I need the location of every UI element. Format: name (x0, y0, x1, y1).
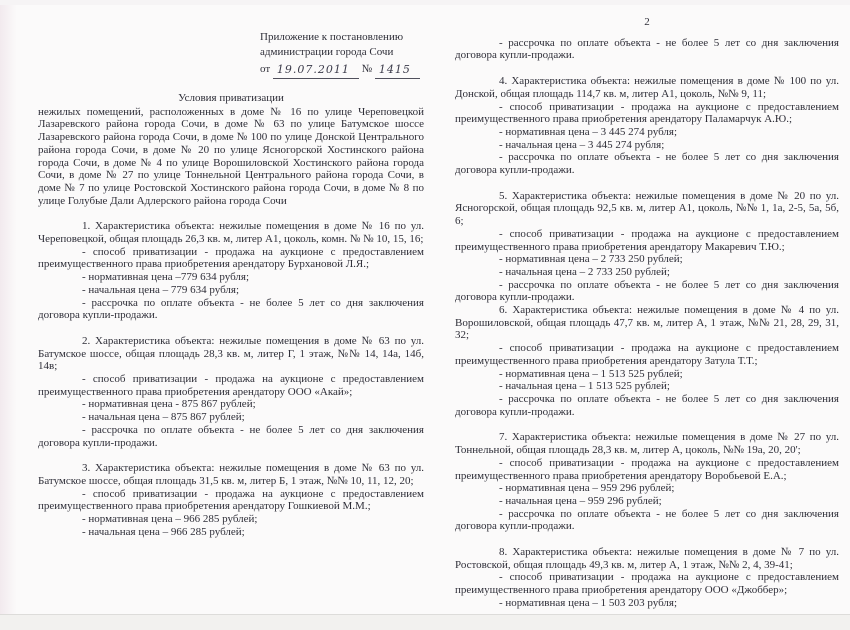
doc-paragraph: - способ приватизации - продажа на аукци… (455, 571, 839, 596)
doc-paragraph: 3. Характеристика объекта: нежилые помещ… (38, 462, 424, 487)
item-8: 8. Характеристика объекта: нежилые помещ… (455, 546, 839, 610)
document-page-left: Приложение к постановлению администрации… (38, 30, 424, 539)
scan-top-edge (0, 0, 850, 5)
document-title: Условия приватизации (38, 92, 424, 105)
item-1: 1. Характеристика объекта: нежилые помещ… (38, 220, 424, 322)
document-page-right: 2 - рассрочка по оплате объекта - не бол… (455, 16, 839, 610)
doc-paragraph: - способ приватизации - продажа на аукци… (455, 342, 839, 367)
annex-line-2: администрации города Сочи (260, 45, 424, 60)
doc-paragraph: - рассрочка по оплате объекта - не более… (455, 279, 839, 304)
doc-paragraph: 1. Характеристика объекта: нежилые помещ… (38, 220, 424, 245)
item-6: 6. Характеристика объекта: нежилые помещ… (455, 304, 839, 418)
annex-line-3: от 19.07.2011 № 1415 (260, 61, 424, 78)
doc-paragraph: 4. Характеристика объекта: нежилые помещ… (455, 75, 839, 100)
doc-paragraph: - способ приватизации - продажа на аукци… (38, 246, 424, 271)
doc-paragraph: - нормативная цена –779 634 рубля; (38, 271, 424, 284)
annex-line-1: Приложение к постановлению (260, 30, 424, 45)
item-5: 5. Характеристика объекта: нежилые помещ… (455, 190, 839, 304)
doc-paragraph: - нормативная цена – 1 513 525 рублей; (455, 368, 839, 381)
annex-number-sign: № (362, 63, 373, 75)
doc-paragraph: 2. Характеристика объекта: нежилые помещ… (38, 335, 424, 373)
item-3-carryover-paragraph: - рассрочка по оплате объекта - не более… (455, 37, 839, 62)
annex-from-label: от (260, 63, 270, 75)
doc-paragraph: - нормативная цена – 1 503 203 рубля; (455, 597, 839, 610)
item-7: 7. Характеристика объекта: нежилые помещ… (455, 431, 839, 533)
page-number: 2 (455, 16, 839, 29)
doc-paragraph: 5. Характеристика объекта: нежилые помещ… (455, 190, 839, 228)
doc-paragraph: - способ приватизации - продажа на аукци… (38, 373, 424, 398)
doc-paragraph: - нормативная цена – 3 445 274 рубля; (455, 126, 839, 139)
doc-paragraph: - начальная цена – 966 285 рублей; (38, 526, 424, 539)
doc-paragraph: - начальная цена – 1 513 525 рублей; (455, 380, 839, 393)
doc-paragraph: - рассрочка по оплате объекта - не более… (455, 151, 839, 176)
doc-paragraph: - способ приватизации - продажа на аукци… (455, 228, 839, 253)
doc-paragraph: - рассрочка по оплате объекта - не более… (38, 424, 424, 449)
scan-bottom-edge (0, 614, 850, 630)
doc-paragraph: 7. Характеристика объекта: нежилые помещ… (455, 431, 839, 456)
doc-paragraph: 8. Характеристика объекта: нежилые помещ… (455, 546, 839, 571)
annex-block: Приложение к постановлению администрации… (260, 30, 424, 78)
doc-paragraph: - рассрочка по оплате объекта - не более… (455, 508, 839, 533)
annex-date-handwritten: 19.07.2011 (273, 62, 359, 79)
intro-paragraph: нежилых помещений, расположенных в доме … (38, 106, 424, 208)
doc-paragraph: - начальная цена – 2 733 250 рублей; (455, 266, 839, 279)
doc-paragraph: - начальная цена – 875 867 рублей; (38, 411, 424, 424)
scan-edge-shadow (0, 0, 17, 630)
doc-paragraph: - способ приватизации - продажа на аукци… (455, 101, 839, 126)
annex-number-handwritten: 1415 (375, 62, 420, 79)
doc-paragraph: - нормативная цена – 2 733 250 рублей; (455, 253, 839, 266)
doc-paragraph: - рассрочка по оплате объекта - не более… (38, 297, 424, 322)
doc-paragraph: 6. Характеристика объекта: нежилые помещ… (455, 304, 839, 342)
doc-paragraph: - начальная цена – 959 296 рублей; (455, 495, 839, 508)
doc-paragraph: - нормативная цена – 959 296 рублей; (455, 482, 839, 495)
doc-paragraph: - способ приватизации - продажа на аукци… (38, 488, 424, 513)
item-4: 4. Характеристика объекта: нежилые помещ… (455, 75, 839, 177)
doc-paragraph: - рассрочка по оплате объекта - не более… (455, 393, 839, 418)
item-3: 3. Характеристика объекта: нежилые помещ… (38, 462, 424, 538)
doc-paragraph: - нормативная цена – 966 285 рублей; (38, 513, 424, 526)
doc-paragraph: - начальная цена – 3 445 274 рубля; (455, 139, 839, 152)
doc-paragraph: - начальная цена – 779 634 рубля; (38, 284, 424, 297)
item-2: 2. Характеристика объекта: нежилые помещ… (38, 335, 424, 449)
doc-paragraph: - нормативная цена - 875 867 рублей; (38, 398, 424, 411)
doc-paragraph: - способ приватизации - продажа на аукци… (455, 457, 839, 482)
